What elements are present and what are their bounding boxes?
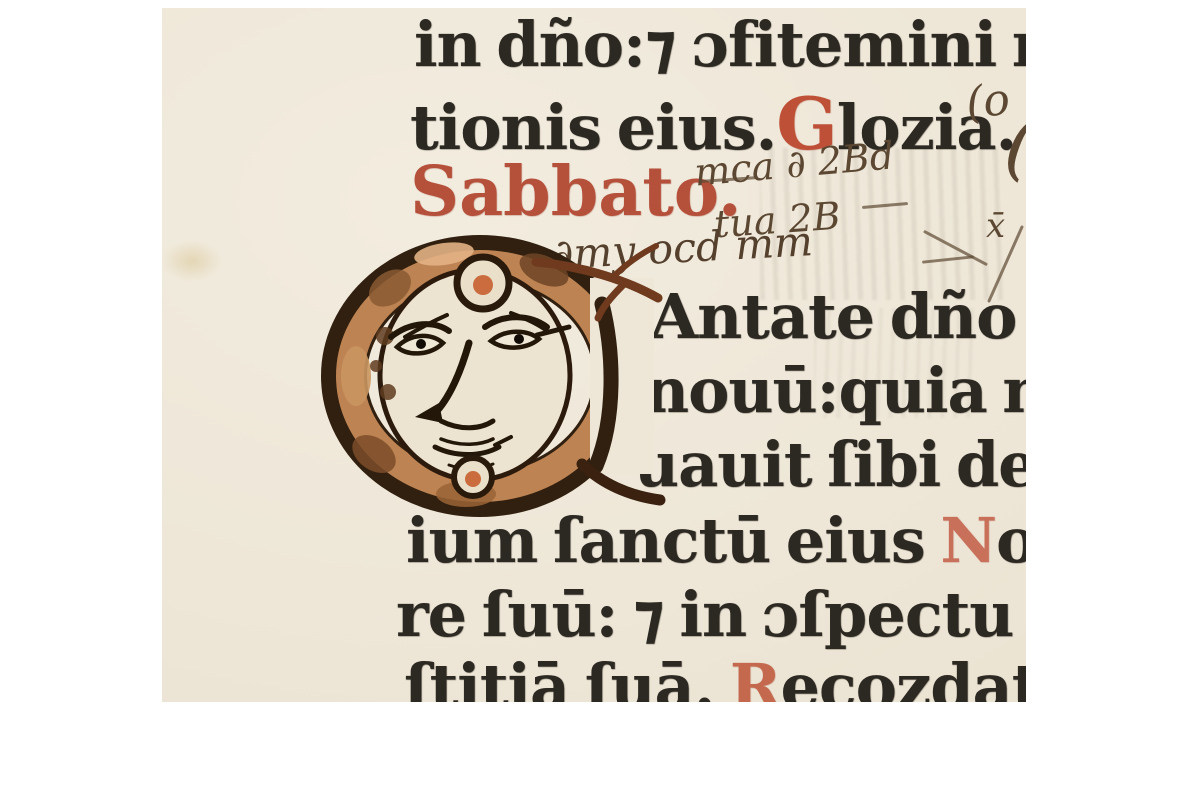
text-line-7-rest: otū: [996, 504, 1026, 577]
marginalia-paren-o: (o: [963, 74, 1012, 129]
text-line-9-black: ſtitiā ſuā.: [404, 650, 730, 702]
text-line-9-rest: ecozdatus: [780, 650, 1026, 702]
manuscript-photo: in dño:⁊ ɔfitemini mem tionis eius.Glozi…: [162, 8, 1026, 702]
text-line-5: nouū:quia mir: [644, 360, 1026, 422]
illuminated-initial-c: C: [290, 226, 672, 522]
text-line-6: uauit ſibi dexte: [634, 434, 1026, 496]
marginalia-x-mark: x̄: [986, 206, 1005, 246]
initial-c-face-drawing: [290, 226, 672, 522]
rubric-initial-n: N: [940, 504, 996, 577]
parchment-stain: [162, 232, 234, 290]
text-line-9: ſtitiā ſuā. Recozdatus: [404, 656, 1026, 702]
rubric-initial-r: R: [730, 650, 781, 702]
text-line-8: re ſuū: ⁊ in ɔſpectu gen: [396, 584, 1026, 646]
text-line-4: Antate dño can: [650, 286, 1026, 348]
text-line-1: in dño:⁊ ɔfitemini mem: [414, 14, 1026, 76]
rubric-sabbato: Sabbato.: [410, 158, 742, 226]
